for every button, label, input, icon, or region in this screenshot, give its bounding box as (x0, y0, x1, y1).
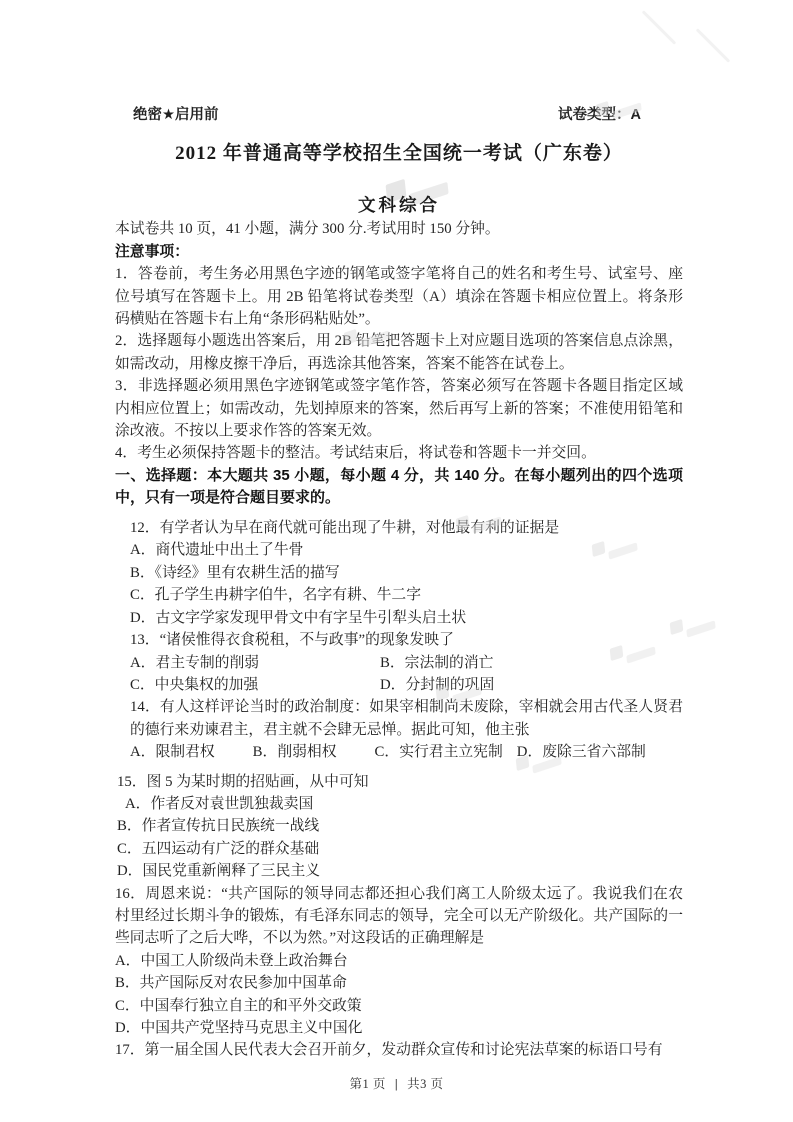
option-item: C．实行君主立宪制 (375, 741, 503, 763)
option-item: A．君主专制的削弱 (130, 652, 380, 674)
question-block-16: 16．周恩来说：“共产国际的领导同志都还担心我们离工人阶级太远了。我说我们在农村… (115, 883, 683, 1040)
exam-summary: 本试卷共 10 页，41 小题，满分 300 分.考试用时 150 分钟。 (115, 218, 683, 240)
option-item: B．《诗经》里有农耕生活的描写 (130, 562, 683, 584)
option-item: A．中国工人阶级尚未登上政治舞台 (115, 950, 683, 972)
exam-subtitle: 文科综合 (115, 192, 683, 218)
option-item: A．作者反对袁世凯独裁卖国 (117, 793, 683, 815)
option-item: B．作者宣传抗日民族统一战线 (117, 815, 683, 837)
question-block-13: 13．“诸侯惟得衣食税租，不与政事”的现象发映了 A．君主专制的削弱 B．宗法制… (130, 629, 683, 696)
question-stem: 12．有学者认为早在商代就可能出现了牛耕，对他最有利的证据是 (130, 517, 683, 539)
option-item: B．宗法制的消亡 (380, 652, 683, 674)
question-block-12: 12．有学者认为早在商代就可能出现了牛耕，对他最有利的证据是 A．商代遗址中出土… (130, 517, 683, 629)
option-row: A．限制君权 B．削弱相权 C．实行君主立宪制 D．废除三省六部制 (130, 741, 683, 763)
page-footer: 第1 页|共3 页 (0, 1074, 793, 1092)
notice-heading: 注意事项： (115, 241, 683, 263)
option-item: C．中央集权的加强 (130, 674, 380, 696)
section-heading: 一、选择题：本大题共 35 小题，每小题 4 分，共 140 分。在每小题列出的… (115, 465, 683, 510)
option-item: A．商代遗址中出土了牛骨 (130, 539, 683, 561)
watermark (642, 10, 677, 45)
question-block-14: 14．有人这样评论当时的政治制度：如果宰相制尚未废除，宰相就会用古代圣人贤君的德… (130, 696, 683, 763)
paper-type-label: 试卷类型：A (558, 104, 641, 126)
document-topline: 绝密★启用前 试卷类型：A (115, 104, 683, 126)
total-pages: 共3 页 (407, 1077, 443, 1091)
footer-separator: | (395, 1077, 398, 1091)
question-block-17: 17．第一届全国人民代表大会召开前夕，发动群众宣传和讨论宪法草案的标语口号有 (115, 1039, 683, 1061)
question-stem: 17．第一届全国人民代表大会召开前夕，发动群众宣传和讨论宪法草案的标语口号有 (115, 1039, 683, 1061)
question-stem: 15．图 5 为某时期的招贴画，从中可知 (117, 771, 683, 793)
notice-item: 4．考生必须保持答题卡的整洁。考试结束后，将试卷和答题卡一并交回。 (115, 442, 683, 464)
notice-item: 1．答卷前，考生务必用黑色字迹的钢笔或签字笔将自己的姓名和考生号、试室号、座位号… (115, 263, 683, 330)
security-label: 绝密★启用前 (133, 104, 219, 126)
watermark (696, 28, 731, 63)
option-item: D．古文字学家发现甲骨文中有字呈牛引犁头启土状 (130, 607, 683, 629)
question-stem: 14．有人这样评论当时的政治制度：如果宰相制尚未废除，宰相就会用古代圣人贤君的德… (130, 696, 683, 741)
exam-title: 2012 年普通高等学校招生全国统一考试（广东卷） (115, 140, 683, 168)
option-item: D．国民党重新阐释了三民主义 (117, 860, 683, 882)
option-item: D．分封制的巩固 (380, 674, 683, 696)
document-content: 绝密★启用前 试卷类型：A 2012 年普通高等学校招生全国统一考试（广东卷） … (115, 104, 683, 1062)
option-item: C．中国奉行独立自主的和平外交政策 (115, 995, 683, 1017)
exam-page: 绝密★启用前 试卷类型：A 2012 年普通高等学校招生全国统一考试（广东卷） … (0, 0, 793, 1122)
option-item: B．共产国际反对农民参加中国革命 (115, 972, 683, 994)
question-block-15: 15．图 5 为某时期的招贴画，从中可知 A．作者反对袁世凯独裁卖国 B．作者宣… (117, 771, 683, 883)
question-stem: 13．“诸侯惟得衣食税租，不与政事”的现象发映了 (130, 629, 683, 651)
page-number: 第1 页 (349, 1077, 385, 1091)
notice-item: 3．非选择题必须用黑色字迹钢笔或签字笔作答，答案必须写在答题卡各题目指定区域内相… (115, 375, 683, 442)
notice-item: 2．选择题每小题选出答案后，用 2B 铅笔把答题卡上对应题目选项的答案信息点涂黑… (115, 330, 683, 375)
option-item: A．限制君权 (130, 741, 215, 763)
option-grid: A．君主专制的削弱 B．宗法制的消亡 C．中央集权的加强 D．分封制的巩固 (130, 652, 683, 697)
option-item: D．废除三省六部制 (517, 741, 646, 763)
option-item: C．孔子学生冉耕字伯牛，名字有耕、牛二字 (130, 584, 683, 606)
option-item: B．削弱相权 (253, 741, 337, 763)
option-item: C．五四运动有广泛的群众基础 (117, 838, 683, 860)
option-item: D．中国共产党坚持马克思主义中国化 (115, 1017, 683, 1039)
question-stem: 16．周恩来说：“共产国际的领导同志都还担心我们离工人阶级太远了。我说我们在农村… (115, 883, 683, 950)
